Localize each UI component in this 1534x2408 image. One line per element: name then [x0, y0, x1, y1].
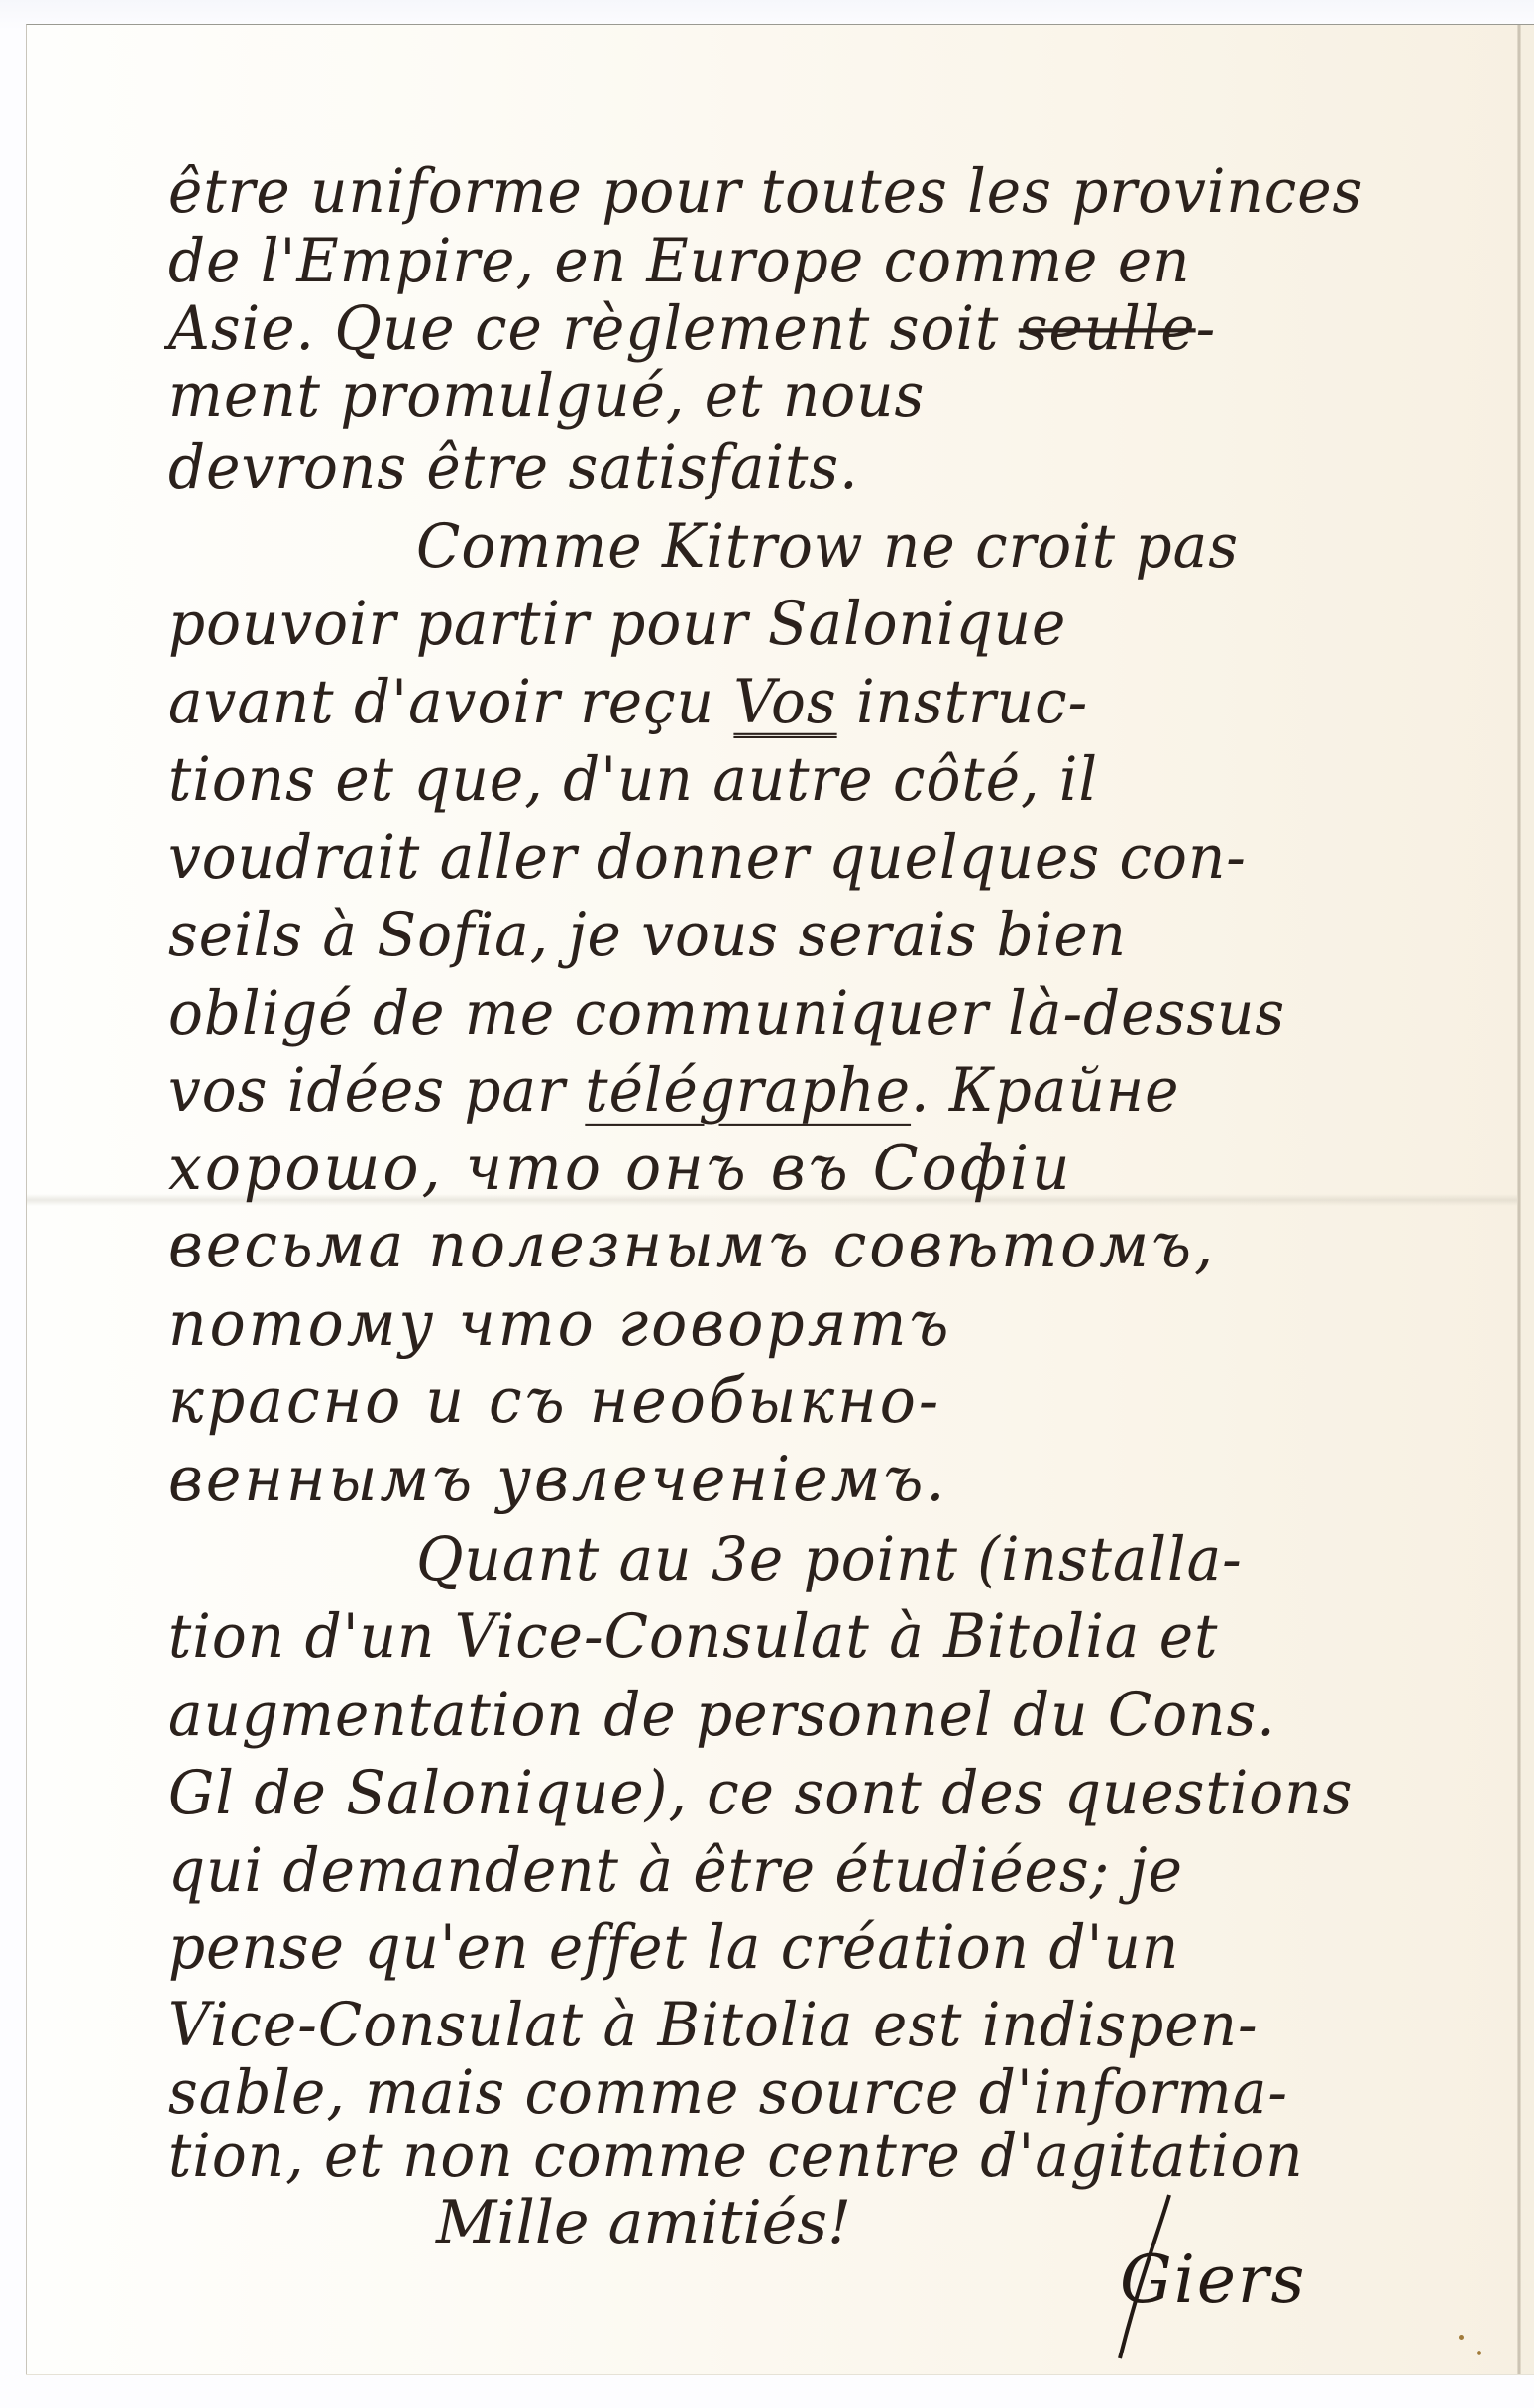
- underlined-word: Vos: [733, 667, 836, 737]
- letter-line: vos idées par télégraphe. Крайне: [168, 1054, 1179, 1128]
- line-text: instruc-: [837, 667, 1089, 737]
- letter-line: pouvoir partir pour Salonique: [168, 588, 1066, 661]
- struck-word: seulle: [1019, 293, 1196, 364]
- letter-line: Gl de Salonique), ce sont des questions: [168, 1757, 1353, 1830]
- letter-line: sable, mais comme source d'informa-: [168, 2056, 1288, 2130]
- letter-line: Quant au 3e point (installa-: [416, 1523, 1243, 1596]
- underlined-word: télégraphe: [585, 1055, 911, 1126]
- letter-line: Comme Kitrow ne croit pas: [416, 510, 1239, 584]
- vertical-fold-line: [1517, 25, 1521, 2374]
- adjacent-page-strip: [1521, 25, 1534, 2374]
- letter-line: Asie. Que ce règlement soit seulle-: [168, 292, 1216, 366]
- letter-line: obligé de me communiquer là-dessus: [168, 977, 1285, 1050]
- letter-line: qui demandent à être étudiées; je: [168, 1834, 1183, 1908]
- letter-line: avant d'avoir reçu Vos instruc-: [168, 666, 1088, 739]
- line-text: . Крайне: [911, 1055, 1179, 1126]
- line-text: avant d'avoir reçu: [168, 667, 733, 737]
- letter-line: tion, et non comme centre d'agitation: [168, 2120, 1304, 2193]
- letter-line-cyrillic: потому что говорятъ: [168, 1288, 951, 1362]
- letter-line: devrons être satisfaits.: [168, 431, 859, 504]
- letter-line-cyrillic: веннымъ увлеченіемъ.: [168, 1444, 947, 1517]
- letter-line: de l'Empire, en Europe comme en: [168, 225, 1191, 298]
- letter-line: augmentation de personnel du Cons.: [168, 1679, 1276, 1752]
- letter-line-cyrillic: красно и съ необыкно-: [168, 1366, 941, 1439]
- line-text: Asie. Que ce règlement soit: [168, 293, 999, 364]
- letter-line: tion d'un Vice-Consulat à Bitolia et: [168, 1600, 1218, 1674]
- letter-line: Vice-Consulat à Bitolia est indispen-: [168, 1989, 1259, 2062]
- letter-line-cyrillic: хорошо, что онъ въ Софіи: [168, 1133, 1073, 1206]
- letter-line: seils à Sofia, je vous serais bien: [168, 899, 1127, 972]
- letter-line: pense qu'en effet la création d'un: [168, 1912, 1179, 1985]
- line-text: vos idées par: [168, 1055, 585, 1126]
- letter-line-cyrillic: весьма полезнымъ совѣтомъ,: [168, 1210, 1216, 1283]
- hyphen: -: [1196, 293, 1217, 364]
- closing-salutation: Mille amitiés!: [436, 2188, 851, 2257]
- letter-line: être uniforme pour toutes les provinces: [168, 156, 1363, 229]
- letter-line: tions et que, d'un autre côté, il: [168, 743, 1098, 817]
- letter-line: ment promulgué, et nous: [168, 360, 925, 433]
- signature: Giers: [1120, 2242, 1306, 2318]
- letter-line: voudrait aller donner quelques con-: [168, 821, 1247, 895]
